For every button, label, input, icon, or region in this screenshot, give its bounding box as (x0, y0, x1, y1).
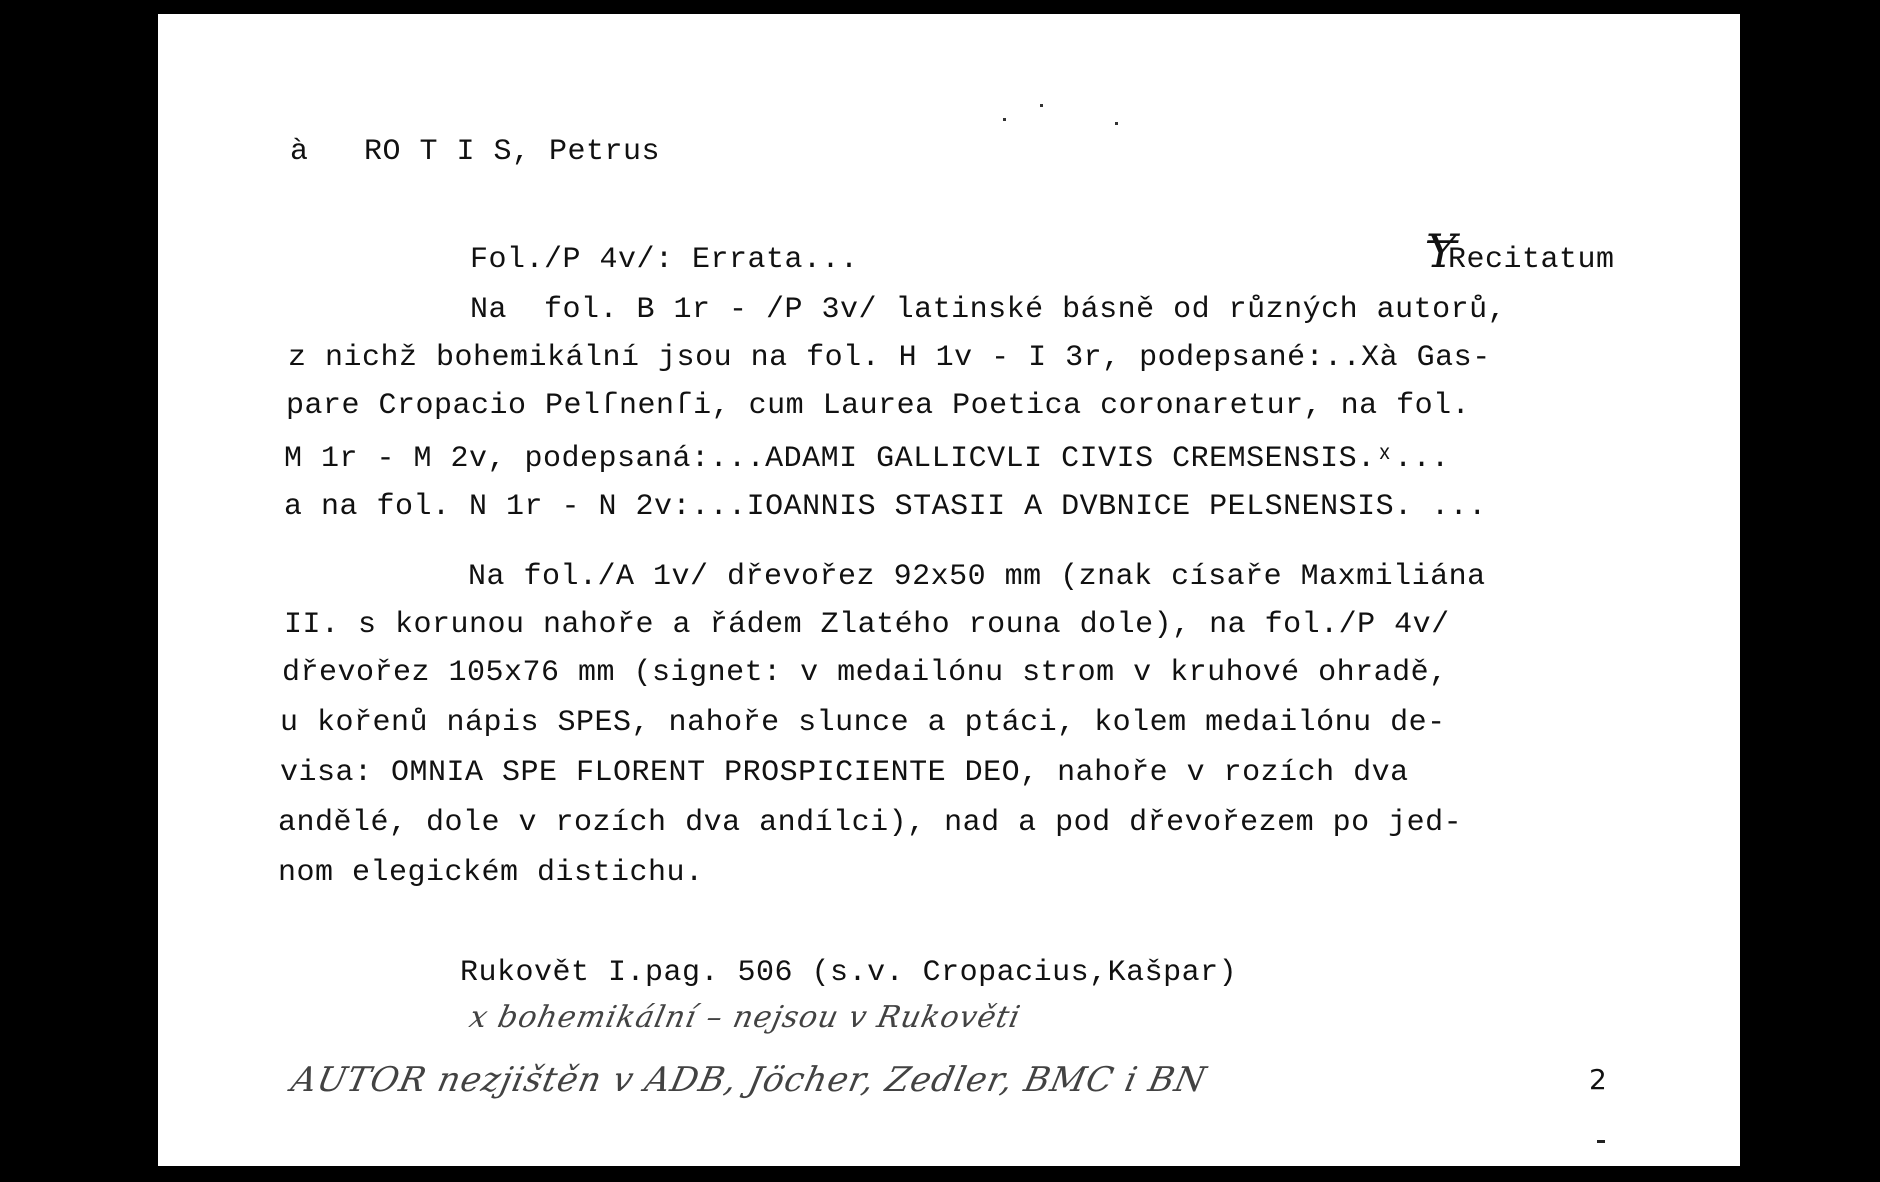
paragraph-line: nom elegickém distichu. (278, 858, 704, 888)
scan-speck (1003, 118, 1006, 121)
paragraph-line: dřevořez 105x76 mm (signet: v medailónu … (282, 658, 1448, 688)
paragraph-line: pare Cropacio Pelſnenſi, cum Laurea Poet… (286, 391, 1470, 421)
paragraph-line: andělé, dole v rozích dva andílci), nad … (278, 808, 1462, 838)
handwritten-note: x bohemikální – nejsou v Rukověti (466, 1000, 1024, 1035)
paragraph-line: Na fol./A 1v/ dřevořez 92x50 mm (znak cí… (468, 562, 1486, 592)
paragraph-line: u kořenů nápis SPES, nahoře slunce a ptá… (280, 708, 1446, 738)
page-number: 2 (1589, 1063, 1607, 1096)
paragraph-line: z nichž bohemikální jsou na fol. H 1v - … (288, 343, 1491, 373)
paragraph-line: Na fol. B 1r - /P 3v/ latinské básně od … (470, 295, 1506, 325)
margin-note: Recitatum (1448, 245, 1615, 275)
handwritten-note: AUTOR nezjištěn v ADB, Jöcher, Zedler, B… (288, 1060, 1210, 1100)
paragraph-line: II. s korunou nahoře a řádem Zlatého rou… (284, 610, 1450, 640)
paragraph-line: a na fol. N 1r - N 2v:...IOANNIS STASII … (284, 492, 1487, 522)
paragraph-line: visa: OMNIA SPE FLORENT PROSPICIENTE DEO… (280, 758, 1409, 788)
scan-mark (1597, 1140, 1605, 1143)
citation: Rukovět I.pag. 506 (s.v. Cropacius,Kašpa… (460, 958, 1237, 988)
paragraph-line: M 1r - M 2v, podepsaná:...ADAMI GALLICVL… (284, 444, 1450, 474)
scan-speck (1115, 122, 1118, 125)
scan-speck (1040, 104, 1043, 107)
errata-line: Fol./P 4v/: Errata... (470, 245, 859, 275)
card-heading: à RO T I S, Petrus (290, 137, 660, 167)
